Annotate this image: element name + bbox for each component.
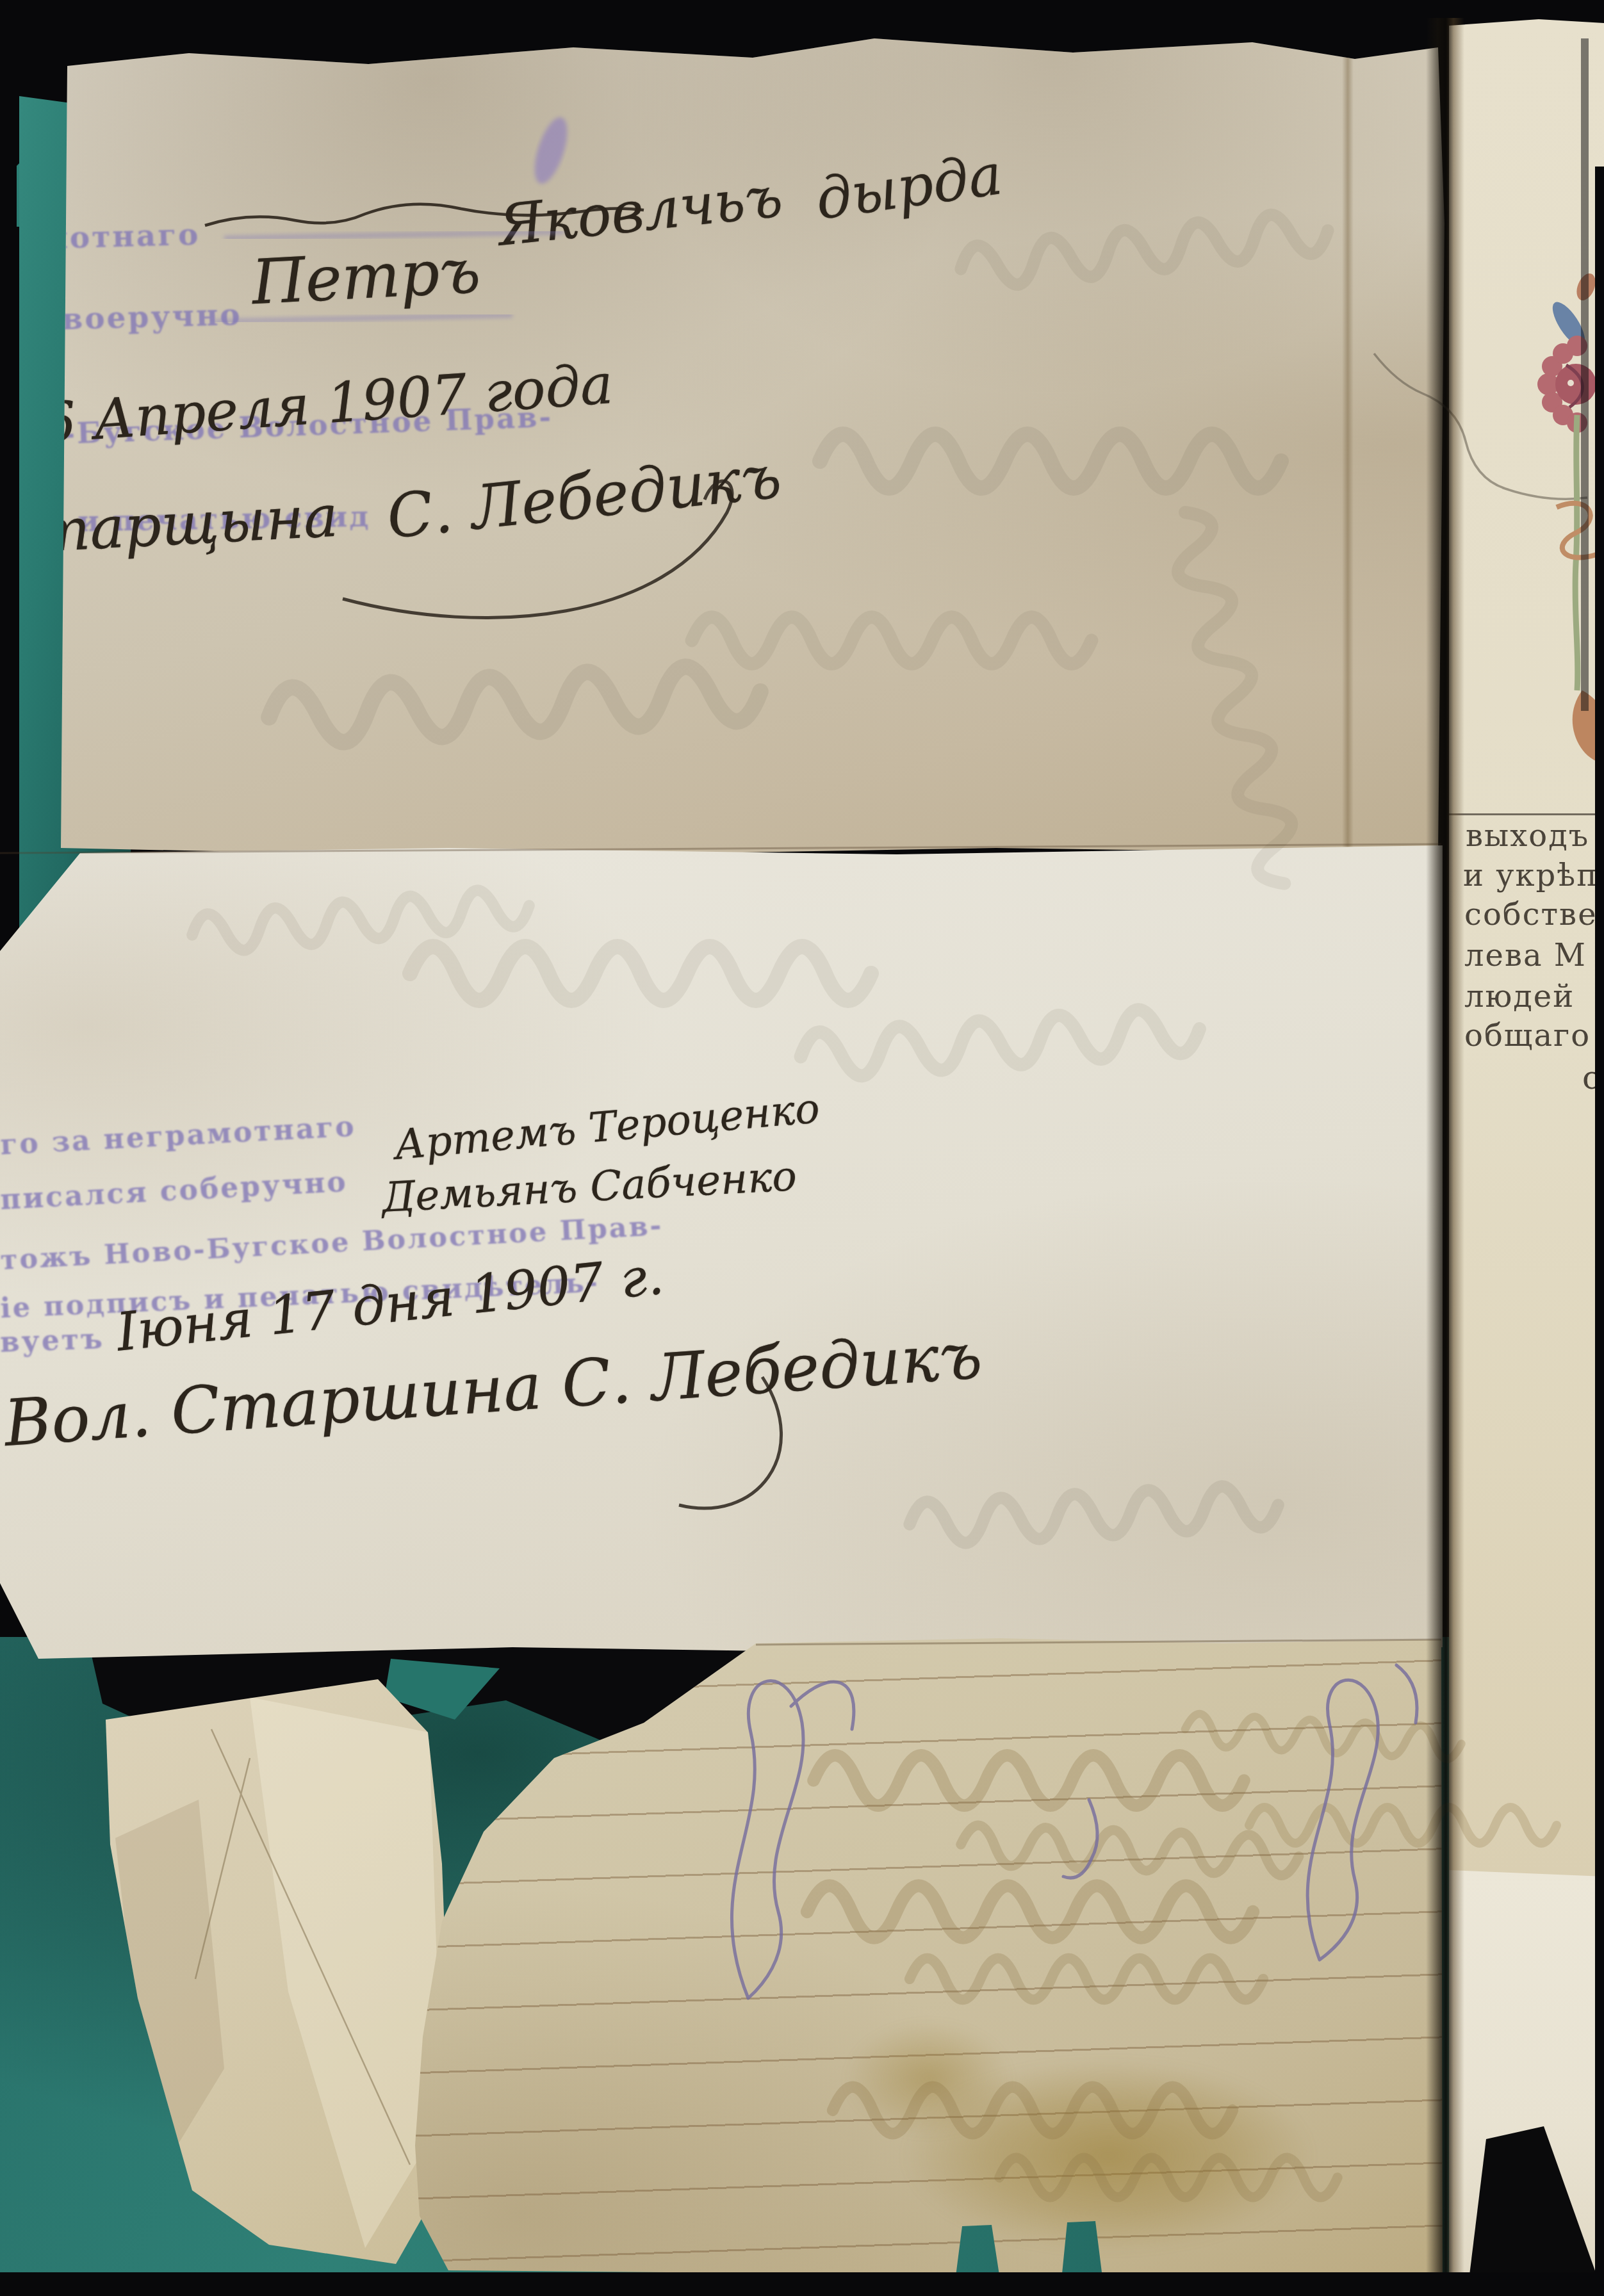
- printed-text-line: и укрѣп: [1463, 860, 1598, 891]
- printed-text-line: выходъ: [1466, 820, 1589, 851]
- name-word: Яковлчьъ: [496, 168, 785, 254]
- name-word: дырда: [812, 146, 1005, 228]
- witness-line: Демьянъ Сабченко: [381, 1156, 798, 1219]
- middle-document-sheet: го за неграмотнаго писался соберучно тож…: [0, 845, 1443, 1665]
- stamp-fragment: писался соберучно: [0, 1168, 348, 1214]
- stamp-fragment: вуетъ: [0, 1325, 104, 1357]
- printed-text-line: людей: [1464, 981, 1575, 1012]
- fold-crease: [1342, 31, 1354, 858]
- stain: [846, 2021, 1012, 2137]
- name-word: Петръ: [250, 240, 482, 314]
- backdrop-bottom-strip: [0, 2272, 1604, 2296]
- printed-text-line: лева М: [1464, 940, 1587, 971]
- page-edge-shadow: [1581, 38, 1589, 711]
- printed-text-line: собствен: [1464, 899, 1604, 930]
- backdrop-right-sliver: [1595, 167, 1604, 2296]
- stamp-fragment: своеручно: [41, 300, 242, 335]
- top-document-sheet: мотнаго своеручно о-Бугское Волостное Пр…: [35, 31, 1448, 858]
- printed-text-line: общаго: [1464, 1020, 1591, 1051]
- signature-line: тарщына: [34, 488, 340, 562]
- printed-rule: [1449, 813, 1604, 815]
- stamp-fragment: го за неграмотнаго: [0, 1112, 357, 1159]
- archive-photo: выходъ и укрѣп собствен лева М людей общ…: [0, 0, 1604, 2296]
- signature-name: С. Лебедикъ: [384, 447, 784, 548]
- page-gutter: [1426, 18, 1464, 2279]
